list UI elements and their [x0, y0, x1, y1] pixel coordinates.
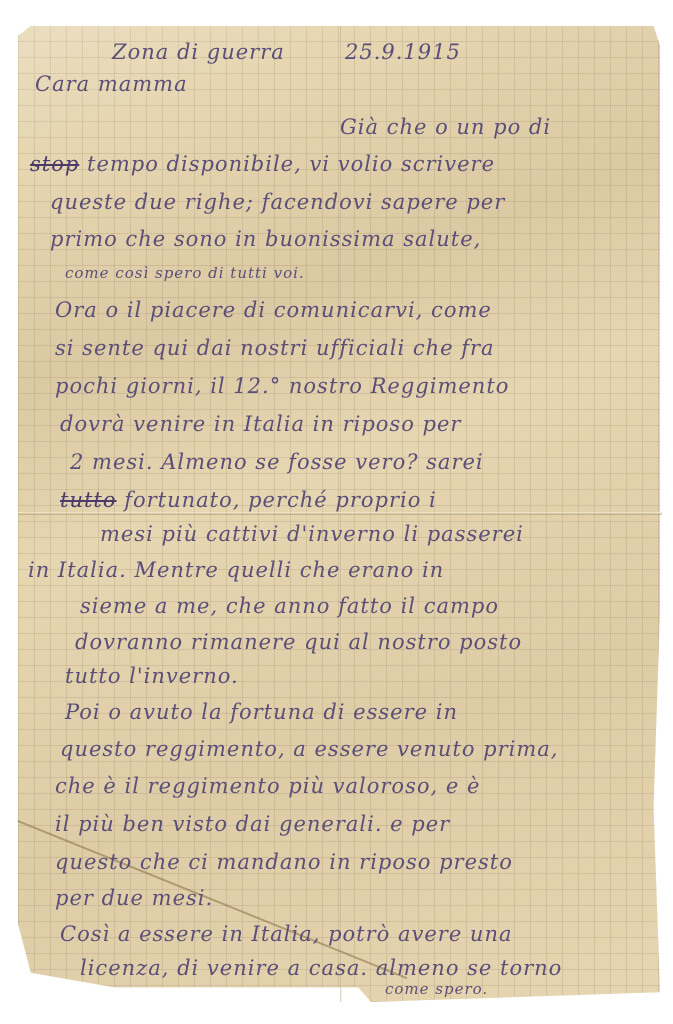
body-line: come così spero di tutti voi. — [65, 264, 305, 282]
body-line: pochi giorni, il 12.° nostro Reggimento — [55, 374, 509, 398]
postscript-line: come spero. — [385, 980, 488, 998]
struck-word: stop — [30, 152, 79, 176]
letter-date: 25.9.1915 — [345, 40, 461, 64]
body-line: questo che ci mandano in riposo presto — [55, 850, 513, 874]
body-line: sieme a me, che anno fatto il campo — [80, 594, 499, 618]
body-line: si sente qui dai nostri ufficiali che fr… — [55, 336, 495, 360]
body-line: dovrà venire in Italia in riposo per — [60, 412, 461, 436]
struck-word: tutto — [60, 488, 117, 512]
body-line: licenza, di venire a casa. almeno se tor… — [80, 956, 562, 980]
letter-place: Zona di guerra — [112, 40, 285, 64]
body-line: stop tempo disponibile, vi volio scriver… — [30, 152, 495, 176]
body-line: il più ben visto dai generali. e per — [55, 812, 450, 836]
salutation: Cara mamma — [35, 72, 188, 96]
body-line: primo che sono in buonissima salute, — [50, 227, 481, 251]
body-line: 2 mesi. Almeno se fosse vero? sarei — [70, 450, 484, 474]
body-line: Già che o un po di — [340, 115, 551, 139]
body-line: che è il reggimento più valoroso, e è — [55, 774, 480, 798]
body-line: per due mesi. — [55, 886, 213, 910]
body-line-text: fortunato, perché proprio i — [124, 488, 437, 512]
body-line-text: tempo disponibile, vi volio scrivere — [87, 152, 495, 176]
body-line: queste due righe; facendovi sapere per — [50, 190, 505, 214]
body-line: mesi più cattivi d'inverno li passerei — [100, 522, 524, 546]
body-line: Ora o il piacere di comunicarvi, come — [55, 298, 492, 322]
body-line: dovranno rimanere qui al nostro posto — [75, 630, 522, 654]
body-line: tutto fortunato, perché proprio i — [60, 488, 437, 512]
body-line: in Italia. Mentre quelli che erano in — [28, 558, 444, 582]
body-line: Poi o avuto la fortuna di essere in — [65, 700, 458, 724]
horizontal-fold — [18, 512, 662, 515]
body-line: tutto l'inverno. — [65, 664, 239, 688]
body-line: Così a essere in Italia, potrò avere una — [60, 922, 513, 946]
body-line: questo reggimento, a essere venuto prima… — [60, 737, 558, 761]
